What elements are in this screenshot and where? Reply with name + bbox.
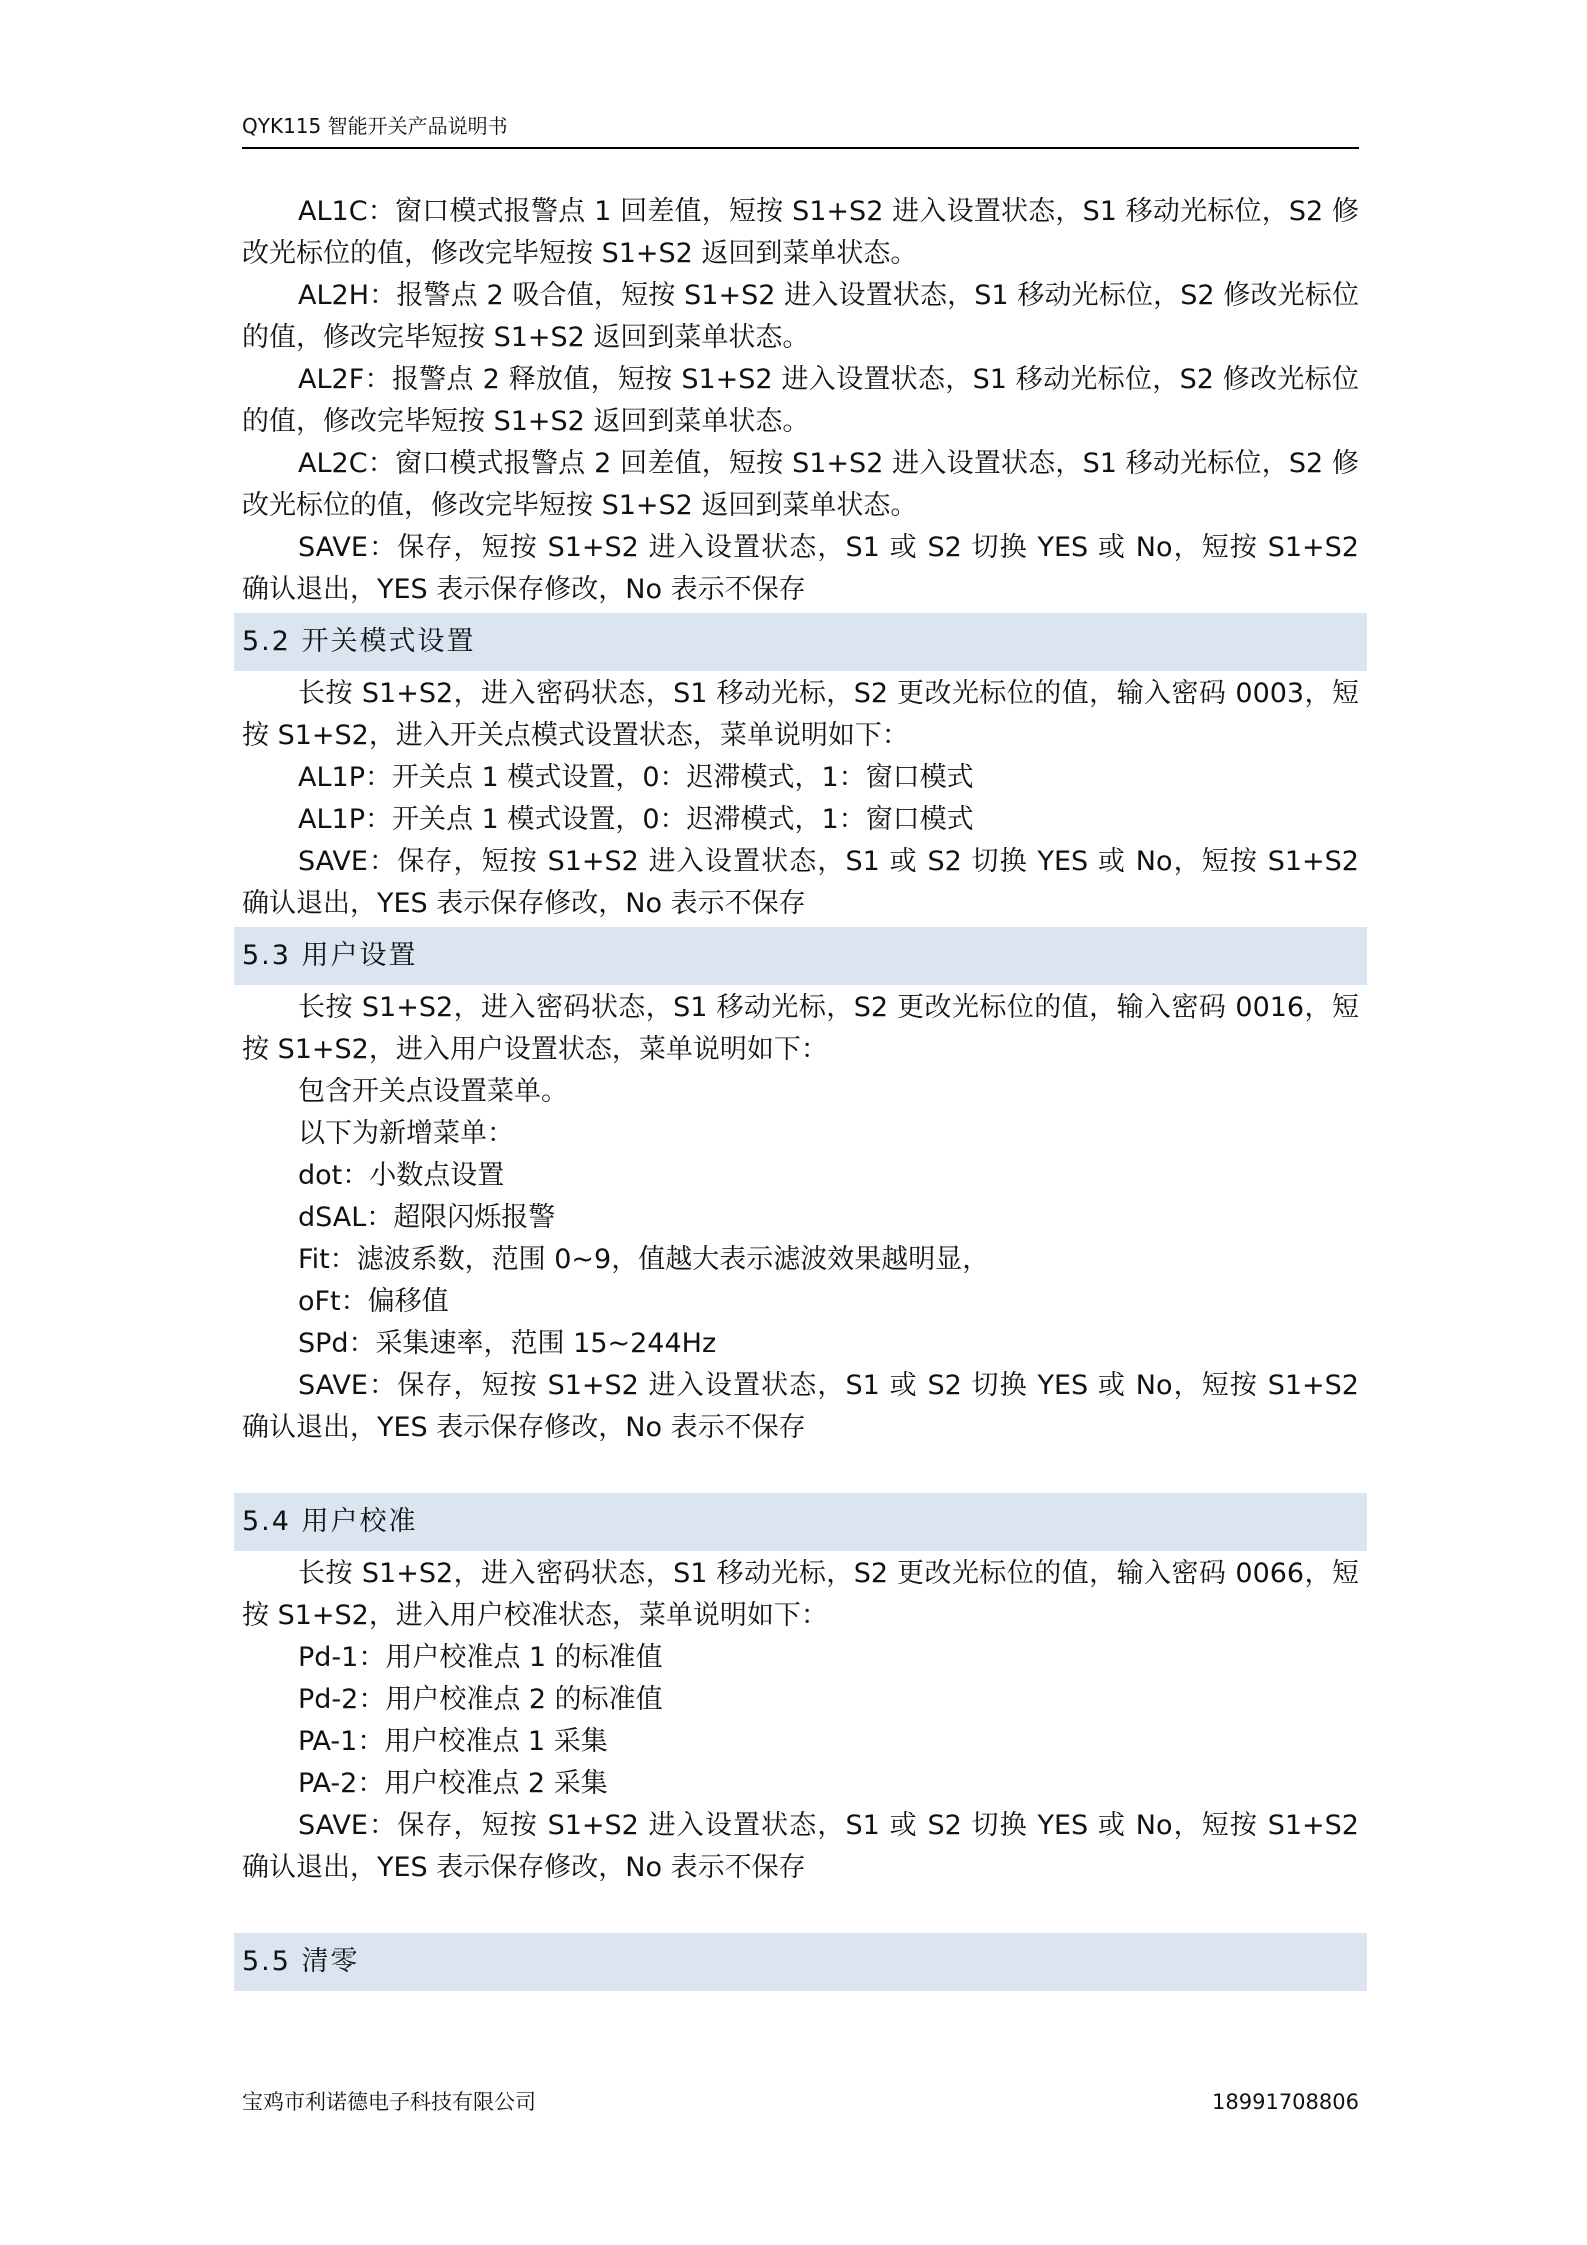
header-divider [242, 147, 1359, 149]
list-item: SPd：采集速率，范围 15~244Hz [242, 1323, 1359, 1365]
list-item: dSAL：超限闪烁报警 [242, 1197, 1359, 1239]
section-5-4-intro: 长按 S1+S2，进入密码状态，S1 移动光标，S2 更改光标位的值，输入密码 … [242, 1553, 1359, 1637]
document-body: AL1C：窗口模式报警点 1 回差值，短按 S1+S2 进入设置状态，S1 移动… [242, 191, 1359, 1993]
footer-phone: 18991708806 [1212, 2088, 1359, 2116]
paragraph-al2h: AL2H：报警点 2 吸合值，短按 S1+S2 进入设置状态，S1 移动光标位，… [242, 275, 1359, 359]
list-item: PA-1：用户校准点 1 采集 [242, 1721, 1359, 1763]
list-item: Pd-1：用户校准点 1 的标准值 [242, 1637, 1359, 1679]
section-heading-5-4: 5.4 用户校准 [234, 1493, 1367, 1551]
section-5-2-save: SAVE：保存，短按 S1+S2 进入设置状态，S1 或 S2 切换 YES 或… [242, 841, 1359, 925]
footer-company: 宝鸡市利诺德电子科技有限公司 [242, 2088, 536, 2116]
section-5-4-save: SAVE：保存，短按 S1+S2 进入设置状态，S1 或 S2 切换 YES 或… [242, 1805, 1359, 1889]
list-item: Fit：滤波系数，范围 0~9，值越大表示滤波效果越明显， [242, 1239, 1359, 1281]
section-heading-5-5: 5.5 清零 [234, 1933, 1367, 1991]
section-heading-5-2: 5.2 开关模式设置 [234, 613, 1367, 671]
paragraph-save: SAVE：保存，短按 S1+S2 进入设置状态，S1 或 S2 切换 YES 或… [242, 527, 1359, 611]
paragraph-al2f: AL2F：报警点 2 释放值，短按 S1+S2 进入设置状态，S1 移动光标位，… [242, 359, 1359, 443]
list-item: AL1P：开关点 1 模式设置，0：迟滞模式，1：窗口模式 [242, 757, 1359, 799]
list-item: PA-2：用户校准点 2 采集 [242, 1763, 1359, 1805]
paragraph-al2c: AL2C：窗口模式报警点 2 回差值，短按 S1+S2 进入设置状态，S1 移动… [242, 443, 1359, 527]
spacer [242, 1889, 1359, 1931]
list-item: dot：小数点设置 [242, 1155, 1359, 1197]
paragraph-al1c: AL1C：窗口模式报警点 1 回差值，短按 S1+S2 进入设置状态，S1 移动… [242, 191, 1359, 275]
list-item: oFt：偏移值 [242, 1281, 1359, 1323]
list-item: 包含开关点设置菜单。 [242, 1071, 1359, 1113]
section-5-3-save: SAVE：保存，短按 S1+S2 进入设置状态，S1 或 S2 切换 YES 或… [242, 1365, 1359, 1449]
section-5-2-intro: 长按 S1+S2，进入密码状态，S1 移动光标，S2 更改光标位的值，输入密码 … [242, 673, 1359, 757]
page-header-title: QYK115 智能开关产品说明书 [242, 112, 1359, 140]
section-5-3-intro: 长按 S1+S2，进入密码状态，S1 移动光标，S2 更改光标位的值，输入密码 … [242, 987, 1359, 1071]
list-item: Pd-2：用户校准点 2 的标准值 [242, 1679, 1359, 1721]
list-item: 以下为新增菜单： [242, 1113, 1359, 1155]
list-item: AL1P：开关点 1 模式设置，0：迟滞模式，1：窗口模式 [242, 799, 1359, 841]
page-footer: 宝鸡市利诺德电子科技有限公司 18991708806 [242, 2088, 1359, 2116]
section-heading-5-3: 5.3 用户设置 [234, 927, 1367, 985]
spacer [242, 1449, 1359, 1491]
